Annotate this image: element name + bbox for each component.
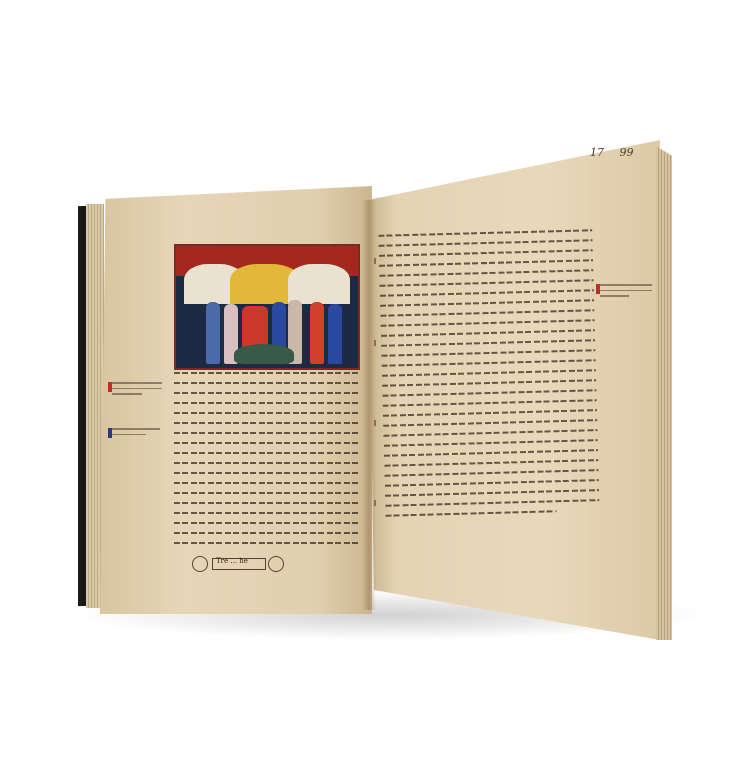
figure xyxy=(310,302,324,364)
illuminated-miniature xyxy=(174,244,360,370)
tent-white-right xyxy=(288,264,350,304)
binding-stitch xyxy=(374,258,376,264)
binding-stitch xyxy=(374,420,376,426)
catchword-text: Tre ... he xyxy=(216,557,248,565)
right-page-edges xyxy=(656,146,672,640)
margin-note-red xyxy=(112,382,162,399)
binding-stitch xyxy=(374,340,376,346)
fleur-left-ornament xyxy=(192,556,208,572)
folio-number: 17 99 xyxy=(590,146,634,159)
left-text-block xyxy=(174,372,358,552)
throne xyxy=(234,344,294,364)
manuscript-photo: Tre ... he 17 99 xyxy=(0,0,755,780)
binding-stitch xyxy=(374,500,376,506)
margin-note-blue xyxy=(112,428,160,439)
right-text-block xyxy=(378,229,600,525)
figure xyxy=(328,304,342,364)
margin-note-red-right xyxy=(600,284,652,301)
figure xyxy=(206,302,220,364)
fleur-right-ornament xyxy=(268,556,284,572)
catchword-decoration: Tre ... he xyxy=(192,552,284,574)
